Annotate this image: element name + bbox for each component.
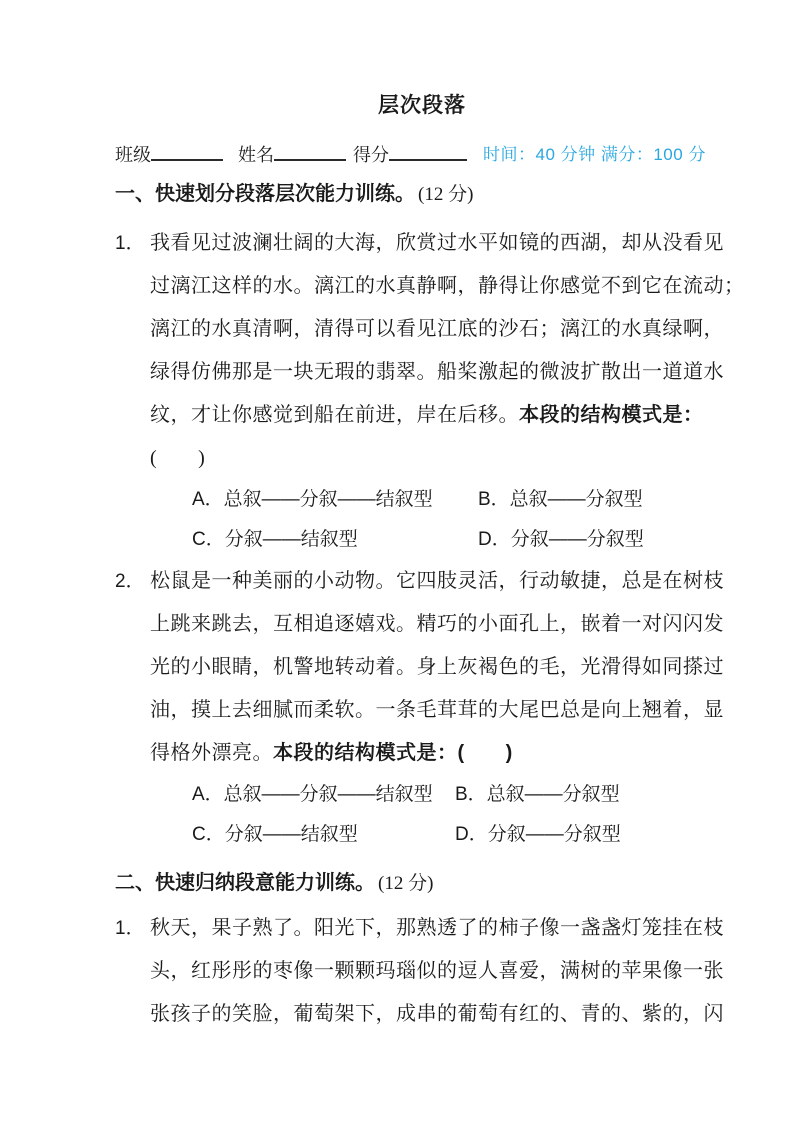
text-line: 我看见过波澜壮阔的大海，欣赏过水平如镜的西湖，却从没看见 bbox=[150, 222, 793, 265]
line-kai-segment: 我看见过波澜壮阔的大海，欣赏过水平如镜的西湖，却从没看见 bbox=[150, 232, 724, 254]
line-kai-segment: 得格外漂亮。 bbox=[150, 742, 273, 764]
line-kai-segment: 油，摸上去细腻而柔软。一条毛茸茸的大尾巴总是向上翘着，显 bbox=[150, 699, 724, 721]
question-1-2: 2． 松鼠是一种美丽的小动物。它四肢灵活，行动敏捷，总是在树枝 上跳来跳去，互相… bbox=[115, 560, 793, 855]
question-1-2-options: A．总叙——分叙——结叙型 B．总叙——分叙型 C．分叙——结叙型 D．分叙——… bbox=[150, 775, 793, 855]
options-row: C．分叙——结叙型 D．分叙——分叙型 bbox=[150, 520, 793, 560]
options-row: A．总叙——分叙——结叙型 B．总叙——分叙型 bbox=[150, 480, 793, 520]
option-b: B．总叙——分叙型 bbox=[478, 480, 643, 520]
line-kai-segment: 张孩子的笑脸，葡萄架下，成串的葡萄有红的、青的、紫的，闪 bbox=[150, 1003, 724, 1025]
text-line: 过漓江这样的水。漓江的水真静啊，静得让你感觉不到它在流动； bbox=[150, 265, 793, 308]
options-row: C．分叙——结叙型 D．分叙——分叙型 bbox=[150, 815, 793, 855]
question-1-1-number: 1． bbox=[115, 231, 145, 257]
name-field: 姓名 bbox=[238, 144, 346, 166]
line-kai-segment: 漓江的水真清啊，清得可以看见江底的沙石；漓江的水真绿啊， bbox=[150, 318, 724, 340]
line-kai-segment: 纹，才让你感觉到船在前进，岸在后移。 bbox=[150, 404, 519, 426]
text-line: 纹，才让你感觉到船在前进，岸在后移。本段的结构模式是： bbox=[150, 394, 793, 437]
question-1-1: 1． 我看见过波澜壮阔的大海，欣赏过水平如镜的西湖，却从没看见 过漓江这样的水。… bbox=[115, 222, 793, 560]
line-kai-segment: 松鼠是一种美丽的小动物。它四肢灵活，行动敏捷，总是在树枝 bbox=[150, 570, 724, 592]
name-label: 姓名 bbox=[238, 145, 274, 165]
score-label: 得分 bbox=[353, 145, 389, 165]
line-bold-segment: 本段的结构模式是： bbox=[519, 404, 704, 426]
section-1-score: (12 分) bbox=[418, 184, 473, 205]
score-blank-line bbox=[389, 144, 467, 161]
question-1-2-text: 松鼠是一种美丽的小动物。它四肢灵活，行动敏捷，总是在树枝 上跳来跳去，互相追逐嬉… bbox=[150, 560, 793, 775]
question-2-1: 1． 秋天，果子熟了。阳光下，那熟透了的柿子像一盏盏灯笼挂在枝 头，红彤彤的枣像… bbox=[115, 907, 793, 1036]
text-line: 上跳来跳去，互相追逐嬉戏。精巧的小面孔上，嵌着一对闪闪发 bbox=[150, 603, 793, 646]
header-row: 班级姓名得分 时间：40 分钟 满分：100 分 bbox=[115, 144, 793, 166]
option-a: A．总叙——分叙——结叙型 bbox=[192, 480, 433, 520]
text-line: 光的小眼睛，机警地转动着。身上灰褐色的毛，光滑得如同搽过 bbox=[150, 646, 793, 689]
line-kai-segment: 过漓江这样的水。漓江的水真静啊，静得让你感觉不到它在流动； bbox=[150, 275, 745, 297]
line-kai-segment: 光的小眼睛，机警地转动着。身上灰褐色的毛，光滑得如同搽过 bbox=[150, 656, 724, 678]
section-2-heading-text: 二、快速归纳段意能力训练。 bbox=[115, 872, 375, 894]
text-line: 得格外漂亮。本段的结构模式是：( ) bbox=[150, 732, 793, 775]
question-1-1-text: 我看见过波澜壮阔的大海，欣赏过水平如镜的西湖，却从没看见 过漓江这样的水。漓江的… bbox=[150, 222, 793, 480]
question-1-2-number: 2． bbox=[115, 569, 145, 595]
text-line: 油，摸上去细腻而柔软。一条毛茸茸的大尾巴总是向上翘着，显 bbox=[150, 689, 793, 732]
section-2-score: (12 分) bbox=[378, 873, 433, 894]
line-kai-segment: 秋天，果子熟了。阳光下，那熟透了的柿子像一盏盏灯笼挂在枝 bbox=[150, 917, 724, 939]
score-field: 得分 bbox=[353, 144, 467, 166]
question-2-1-text: 秋天，果子熟了。阳光下，那熟透了的柿子像一盏盏灯笼挂在枝 头，红彤彤的枣像一颗颗… bbox=[150, 907, 793, 1036]
line-kai-segment: ( ) bbox=[150, 447, 205, 469]
option-b: B．总叙——分叙型 bbox=[455, 775, 620, 815]
page-title: 层次段落 bbox=[142, 93, 702, 119]
option-d: D．分叙——分叙型 bbox=[455, 815, 621, 855]
option-d: D．分叙——分叙型 bbox=[478, 520, 644, 560]
line-kai-segment: 绿得仿佛那是一块无瑕的翡翠。船桨激起的微波扩散出一道道水 bbox=[150, 361, 724, 383]
time-score-info: 时间：40 分钟 满分：100 分 bbox=[483, 144, 706, 166]
question-1-1-options: A．总叙——分叙——结叙型 B．总叙——分叙型 C．分叙——结叙型 D．分叙——… bbox=[150, 480, 793, 560]
text-line: 头，红彤彤的枣像一颗颗玛瑙似的逗人喜爱，满树的苹果像一张 bbox=[150, 950, 793, 993]
option-a: A．总叙——分叙——结叙型 bbox=[192, 775, 433, 815]
line-kai-segment: 头，红彤彤的枣像一颗颗玛瑙似的逗人喜爱，满树的苹果像一张 bbox=[150, 960, 724, 982]
line-bold-segment: 本段的结构模式是：( ) bbox=[273, 742, 513, 764]
class-blank-line bbox=[151, 144, 223, 161]
text-line: 松鼠是一种美丽的小动物。它四肢灵活，行动敏捷，总是在树枝 bbox=[150, 560, 793, 603]
class-field: 班级 bbox=[115, 144, 223, 166]
option-c: C．分叙——结叙型 bbox=[192, 520, 358, 560]
text-line: 绿得仿佛那是一块无瑕的翡翠。船桨激起的微波扩散出一道道水 bbox=[150, 351, 793, 394]
question-2-1-number: 1． bbox=[115, 916, 145, 942]
worksheet-page: 层次段落 班级姓名得分 时间：40 分钟 满分：100 分 一、快速划分段落层次… bbox=[0, 0, 793, 1122]
answer-parentheses: ( ) bbox=[150, 437, 793, 480]
line-kai-segment: 上跳来跳去，互相追逐嬉戏。精巧的小面孔上，嵌着一对闪闪发 bbox=[150, 613, 724, 635]
text-line: 漓江的水真清啊，清得可以看见江底的沙石；漓江的水真绿啊， bbox=[150, 308, 793, 351]
option-c: C．分叙——结叙型 bbox=[192, 815, 358, 855]
text-line: 张孩子的笑脸，葡萄架下，成串的葡萄有红的、青的、紫的，闪 bbox=[150, 993, 793, 1036]
section-1-heading: 一、快速划分段落层次能力训练。(12 分) bbox=[115, 182, 793, 206]
section-2: 二、快速归纳段意能力训练。(12 分) 1． 秋天，果子熟了。阳光下，那熟透了的… bbox=[115, 871, 793, 1036]
options-row: A．总叙——分叙——结叙型 B．总叙——分叙型 bbox=[150, 775, 793, 815]
section-1-heading-text: 一、快速划分段落层次能力训练。 bbox=[115, 183, 415, 205]
text-line: 秋天，果子熟了。阳光下，那熟透了的柿子像一盏盏灯笼挂在枝 bbox=[150, 907, 793, 950]
class-label: 班级 bbox=[115, 145, 151, 165]
section-2-heading: 二、快速归纳段意能力训练。(12 分) bbox=[115, 871, 793, 895]
name-blank-line bbox=[274, 144, 346, 161]
